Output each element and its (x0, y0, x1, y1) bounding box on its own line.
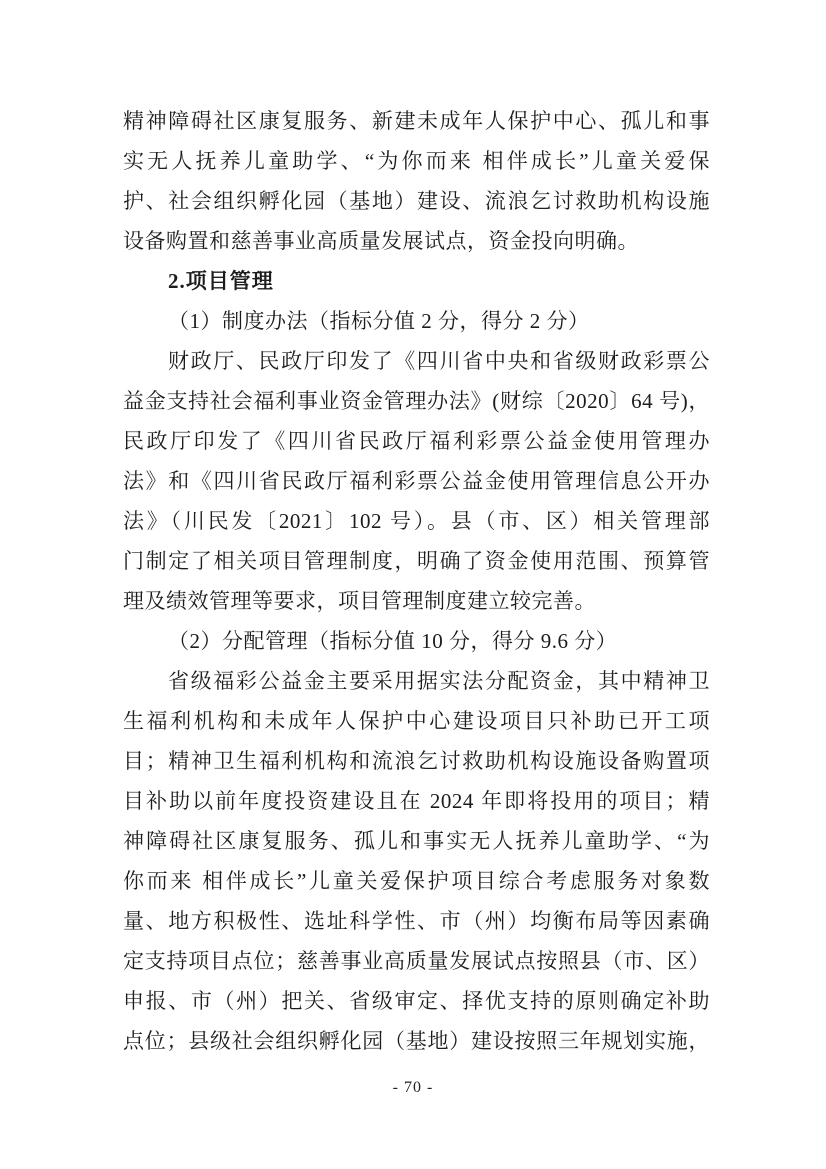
text-line: 目；精神卫生福利机构和流浪乞讨救助机构设施设备购置项 (123, 741, 710, 781)
page-number: - 70 - (0, 1076, 826, 1100)
text-line: 省级福彩公益金主要采用据实法分配资金，其中精神卫 (123, 661, 710, 701)
section-heading: 2.项目管理 (123, 261, 710, 301)
document-body: 精神障碍社区康复服务、新建未成年人保护中心、孤儿和事实无人抚养儿童助学、“为你而… (123, 101, 710, 1061)
text-line: 量、地方积极性、选址科学性、市（州）均衡布局等因素确 (123, 901, 710, 941)
text-line: （1）制度办法（指标分值 2 分，得分 2 分） (123, 301, 710, 341)
document-page: 精神障碍社区康复服务、新建未成年人保护中心、孤儿和事实无人抚养儿童助学、“为你而… (0, 0, 826, 1169)
text-line: 精神障碍社区康复服务、新建未成年人保护中心、孤儿和事 (123, 101, 710, 141)
text-line: （2）分配管理（指标分值 10 分，得分 9.6 分） (123, 621, 710, 661)
text-line: 定支持项目点位；慈善事业高质量发展试点按照县（市、区） (123, 941, 710, 981)
text-line: 护、社会组织孵化园（基地）建设、流浪乞讨救助机构设施 (123, 181, 710, 221)
text-line: 生福利机构和未成年人保护中心建设项目只补助已开工项 (123, 701, 710, 741)
text-line: 目补助以前年度投资建设且在 2024 年即将投用的项目；精 (123, 781, 710, 821)
text-line: 理及绩效管理等要求，项目管理制度建立较完善。 (123, 581, 710, 621)
text-line: 财政厅、民政厅印发了《四川省中央和省级财政彩票公 (123, 341, 710, 381)
text-line: 实无人抚养儿童助学、“为你而来 相伴成长”儿童关爱保 (123, 141, 710, 181)
text-line: 益金支持社会福利事业资金管理办法》(财综〔2020〕64 号)， (123, 381, 710, 421)
text-line: 申报、市（州）把关、省级审定、择优支持的原则确定补助 (123, 981, 710, 1021)
text-line: 门制定了相关项目管理制度，明确了资金使用范围、预算管 (123, 541, 710, 581)
text-line: 设备购置和慈善事业高质量发展试点，资金投向明确。 (123, 221, 710, 261)
text-line: 法》（川民发〔2021〕102 号）。县（市、区）相关管理部 (123, 501, 710, 541)
text-line: 神障碍社区康复服务、孤儿和事实无人抚养儿童助学、“为 (123, 821, 710, 861)
text-line: 点位；县级社会组织孵化园（基地）建设按照三年规划实施， (123, 1021, 710, 1061)
text-line: 民政厅印发了《四川省民政厅福利彩票公益金使用管理办 (123, 421, 710, 461)
text-line: 你而来 相伴成长”儿童关爱保护项目综合考虑服务对象数 (123, 861, 710, 901)
text-line: 法》和《四川省民政厅福利彩票公益金使用管理信息公开办 (123, 461, 710, 501)
